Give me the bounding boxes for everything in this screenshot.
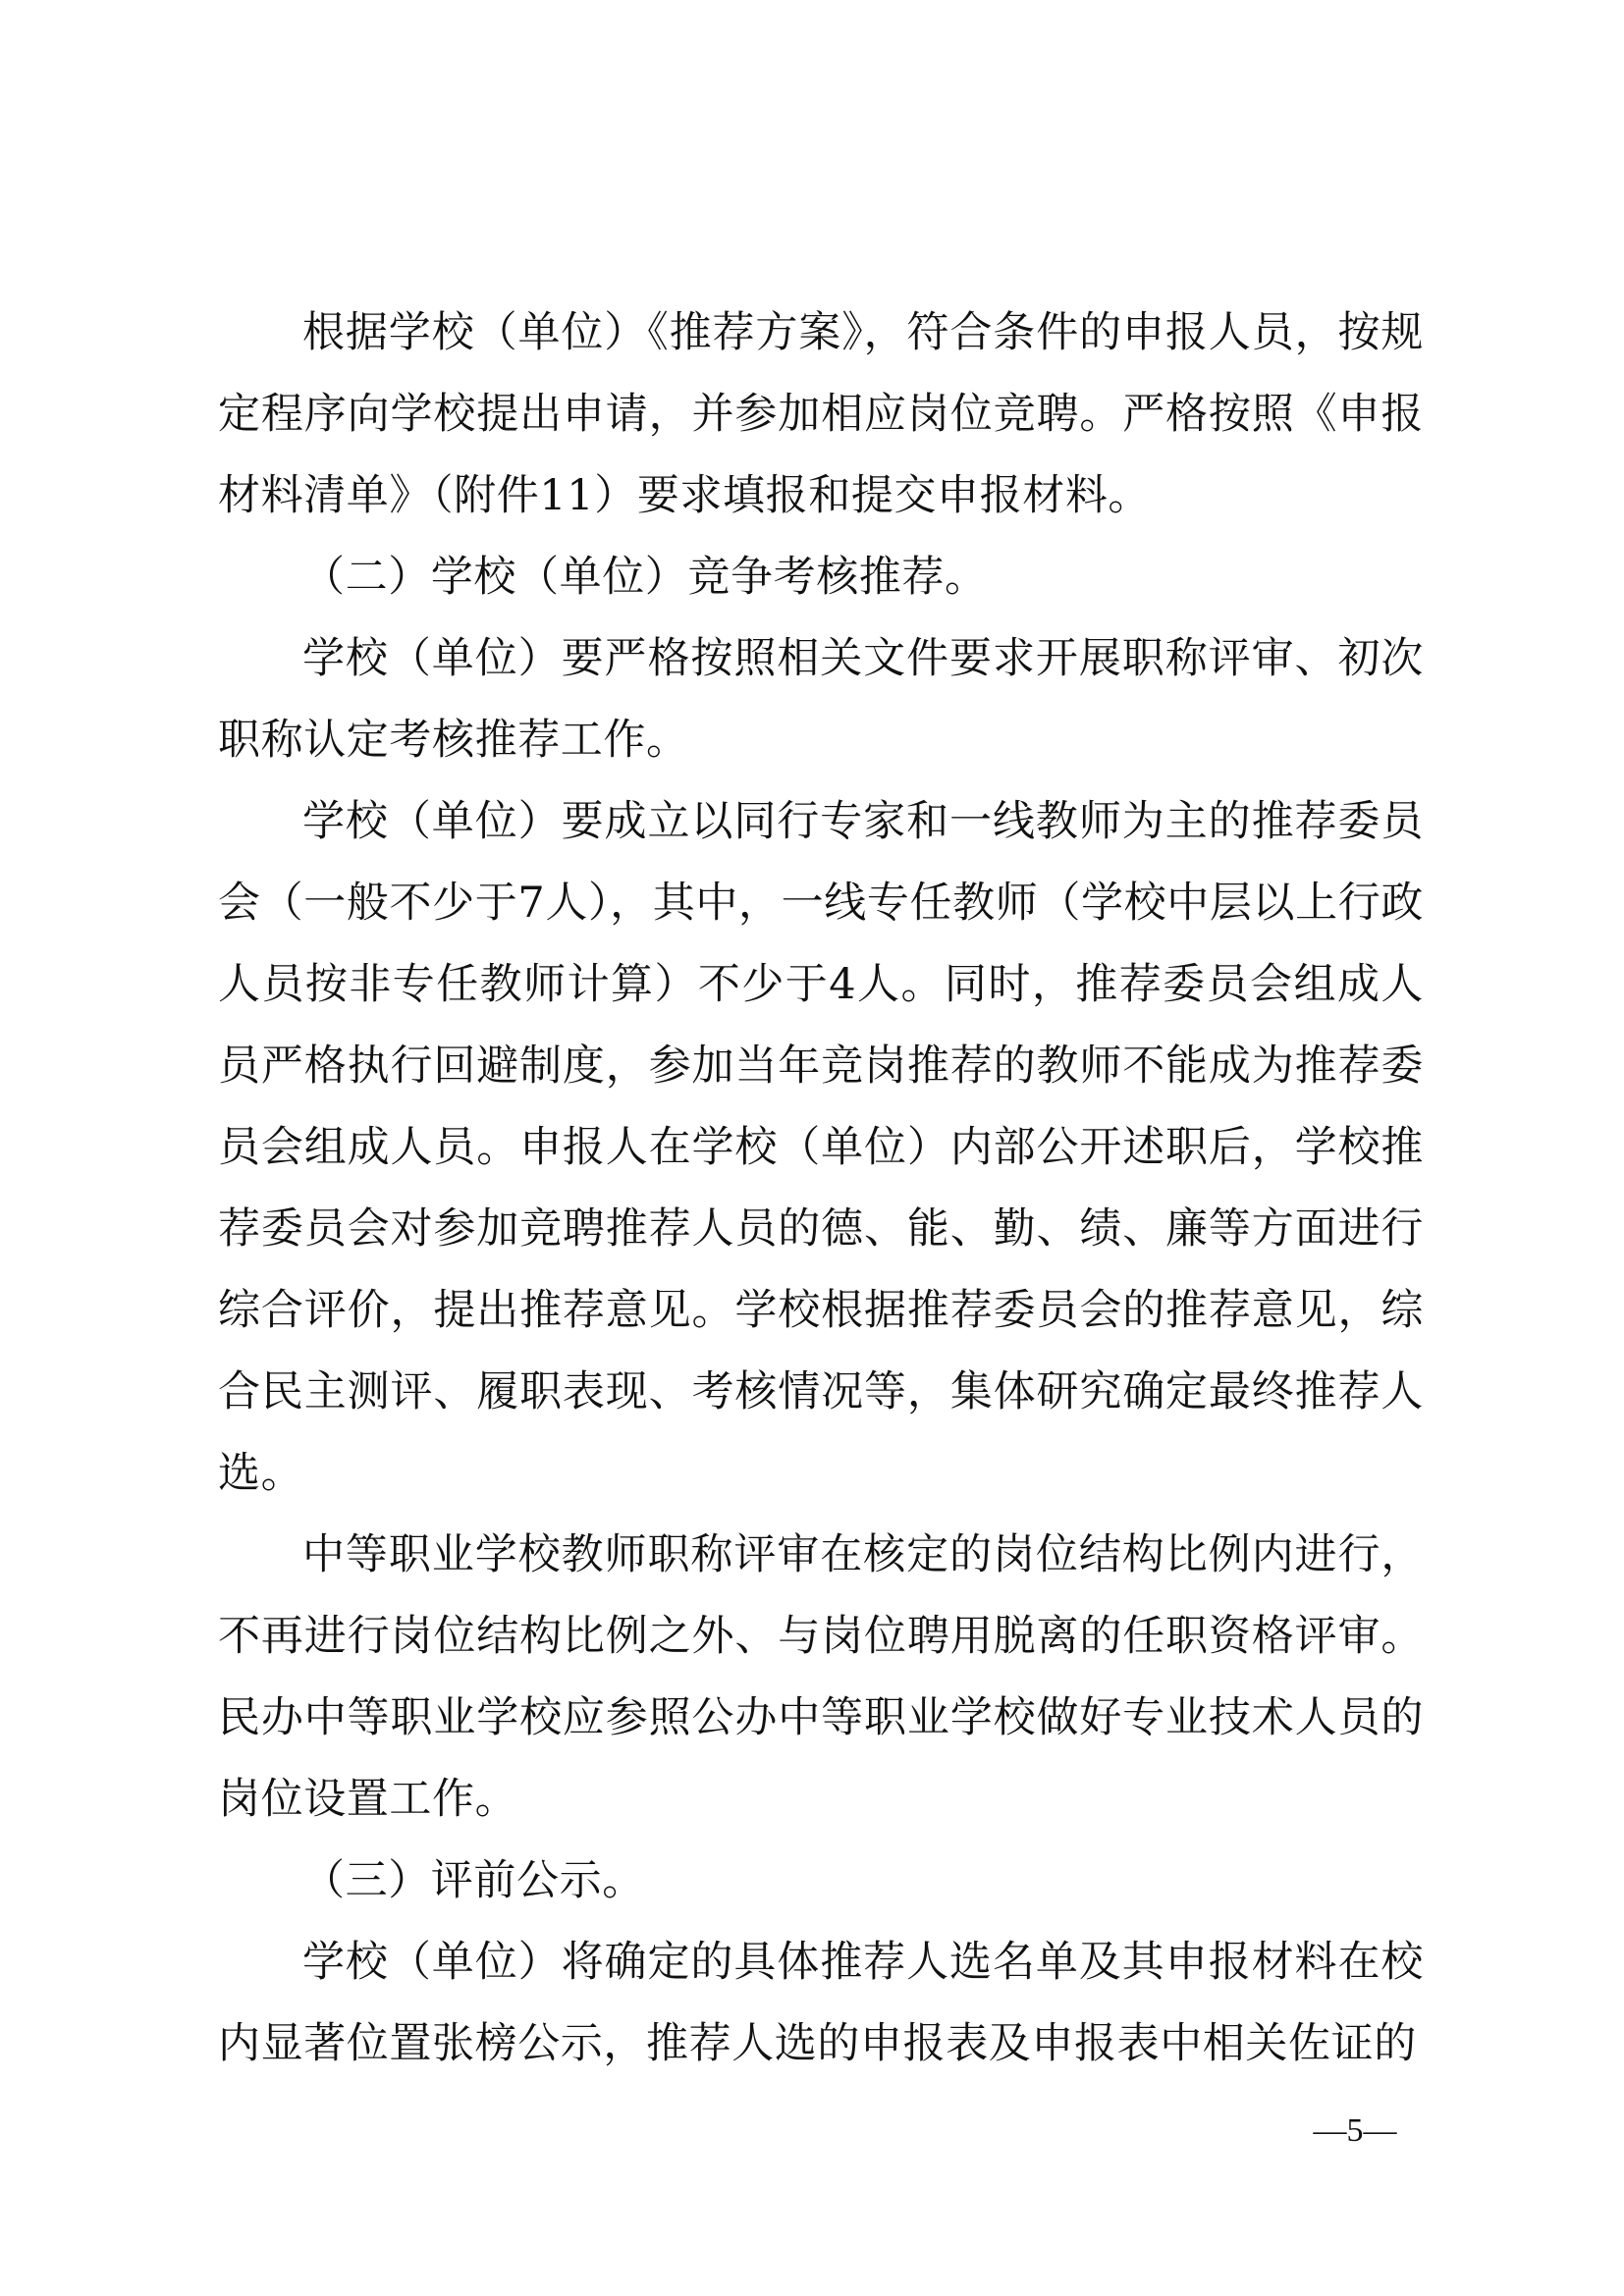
paragraph-public-notice: 学校（单位）将确定的具体推荐人选名单及其申报材料在校内显著位置张榜公示，推荐人选… [218, 1922, 1424, 2085]
paragraph-review-requirements: 学校（单位）要严格按照相关文件要求开展职称评审、初次职称认定考核推荐工作。 [218, 618, 1424, 781]
section-heading-3: （三）评前公示。 [218, 1841, 1424, 1922]
page-number: —5— [1306, 2112, 1404, 2150]
paragraph-application: 根据学校（单位）《推荐方案》，符合条件的申报人员，按规定程序向学校提出申请，并参… [218, 293, 1424, 537]
section-heading-2: （二）学校（单位）竞争考核推荐。 [218, 537, 1424, 618]
document-page: 根据学校（单位）《推荐方案》，符合条件的申报人员，按规定程序向学校提出申请，并参… [0, 0, 1624, 2296]
paragraph-recommendation-committee: 学校（单位）要成立以同行专家和一线教师为主的推荐委员会（一般不少于7人），其中，… [218, 781, 1424, 1515]
paragraph-vocational-schools: 中等职业学校教师职称评审在核定的岗位结构比例内进行，不再进行岗位结构比例之外、与… [218, 1515, 1424, 1841]
document-body: 根据学校（单位）《推荐方案》，符合条件的申报人员，按规定程序向学校提出申请，并参… [218, 293, 1424, 2085]
